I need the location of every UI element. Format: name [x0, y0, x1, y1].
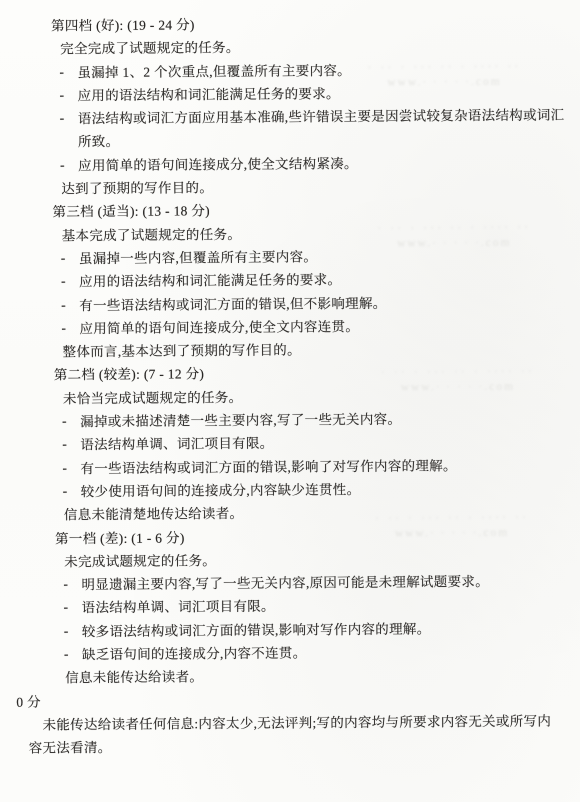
scanned-document-page: · ·· · ··· ·· · ···· ·· www.· · · · ·.co…: [0, 0, 580, 802]
bullet-dash: -: [62, 409, 67, 432]
line-text: 信息未能传达给读者。: [65, 670, 203, 686]
line-text: 有一些语法结构或词汇方面的错误,但不影响理解。: [79, 295, 386, 312]
bullet-dash: -: [60, 153, 65, 176]
line-text: 应用简单的语句间连接成分,使全文内容连贯。: [79, 319, 359, 336]
line-text: 第一档 (差): (1 - 6 分): [55, 530, 185, 546]
line-text: 语法结构单调、词汇项目有限。: [80, 436, 273, 453]
bullet-dash: -: [62, 456, 67, 479]
line-text: 未完成试题规定的任务。: [64, 553, 216, 569]
line-text: 虽漏掉一些内容,但覆盖所有主要内容。: [79, 249, 317, 266]
line-text: 较多语法结构或词汇方面的错误,影响对写作内容的理解。: [82, 621, 431, 639]
scan-skew-wrapper: · ·· · ··· ·· · ···· ·· www.· · · · ·.co…: [0, 0, 580, 802]
bullet-dash: -: [64, 596, 69, 619]
line-text: 应用简单的语句间连接成分,使全文结构紧凑。: [78, 156, 358, 173]
bullet-dash: -: [60, 106, 65, 129]
bullet-dash: -: [61, 270, 66, 293]
line-text: 较少使用语句间的连接成分,内容缺少连贯性。: [81, 482, 361, 499]
bullet-dash: -: [61, 246, 66, 269]
line-text: 有一些语法结构或词汇方面的错误,影响了对写作内容的理解。: [80, 458, 456, 476]
line-text: 完全完成了试题规定的任务。: [60, 40, 240, 56]
line-text: 明显遗漏主要内容,写了一些无关内容,原因可能是未理解试题要求。: [81, 574, 489, 592]
score-zero-description: 未能传达给读者任何信息:内容太少,无法评判;写的内容均与所要求内容无关或所写内容…: [2, 709, 562, 760]
line-text: 未恰当完成试题规定的任务。: [63, 390, 243, 406]
line-text: 未能传达给读者任何信息:内容太少,无法评判;写的内容均与所要求内容无关或所写内容…: [29, 713, 551, 755]
line-text: 漏掉或未描述清楚一些主要内容,写了一些无关内容。: [80, 412, 401, 430]
bullet-dash: -: [59, 60, 64, 83]
line-text: 基本完成了试题规定的任务。: [62, 227, 242, 243]
rubric-text-body: 第四档 (好): (19 - 24 分)完全完成了试题规定的任务。-虽漏掉 1、…: [0, 10, 580, 760]
line-text: 语法结构单调、词汇项目有限。: [82, 599, 275, 616]
bullet-dash: -: [61, 316, 66, 339]
line-text: 应用的语法结构和词汇能满足任务的要求。: [79, 272, 341, 289]
line-text: 0 分: [16, 694, 41, 709]
line-text: 达到了预期的写作目的。: [61, 180, 213, 196]
bullet-dash: -: [63, 479, 68, 502]
line-text: 语法结构或词汇方面应用基本准确,些许错误主要是因尝试较复杂语法结构或词汇所致。: [78, 108, 565, 150]
criteria-bullet: -语法结构或词汇方面应用基本准确,些许错误主要是因尝试较复杂语法结构或词汇所致。: [0, 104, 568, 155]
bullet-dash: -: [61, 293, 66, 316]
line-text: 第四档 (好): (19 - 24 分): [51, 17, 195, 33]
line-text: 第三档 (适当): (13 - 18 分): [52, 204, 210, 220]
bullet-dash: -: [63, 572, 68, 595]
bullet-dash: -: [59, 83, 64, 106]
bullet-dash: -: [62, 433, 67, 456]
bullet-dash: -: [64, 619, 69, 642]
line-text: 应用的语法结构和词汇能满足任务的要求。: [78, 86, 340, 103]
line-text: 信息未能清楚地传达给读者。: [64, 506, 244, 522]
line-text: 第二档 (较差): (7 - 12 分): [54, 367, 204, 383]
bullet-dash: -: [64, 642, 69, 665]
line-text: 整体而言,基本达到了预期的写作目的。: [63, 343, 301, 360]
line-text: 虽漏掉 1、2 个次重点,但覆盖所有主要内容。: [77, 63, 351, 80]
line-text: 缺乏语句间的连接成分,内容不连贯。: [82, 645, 307, 662]
